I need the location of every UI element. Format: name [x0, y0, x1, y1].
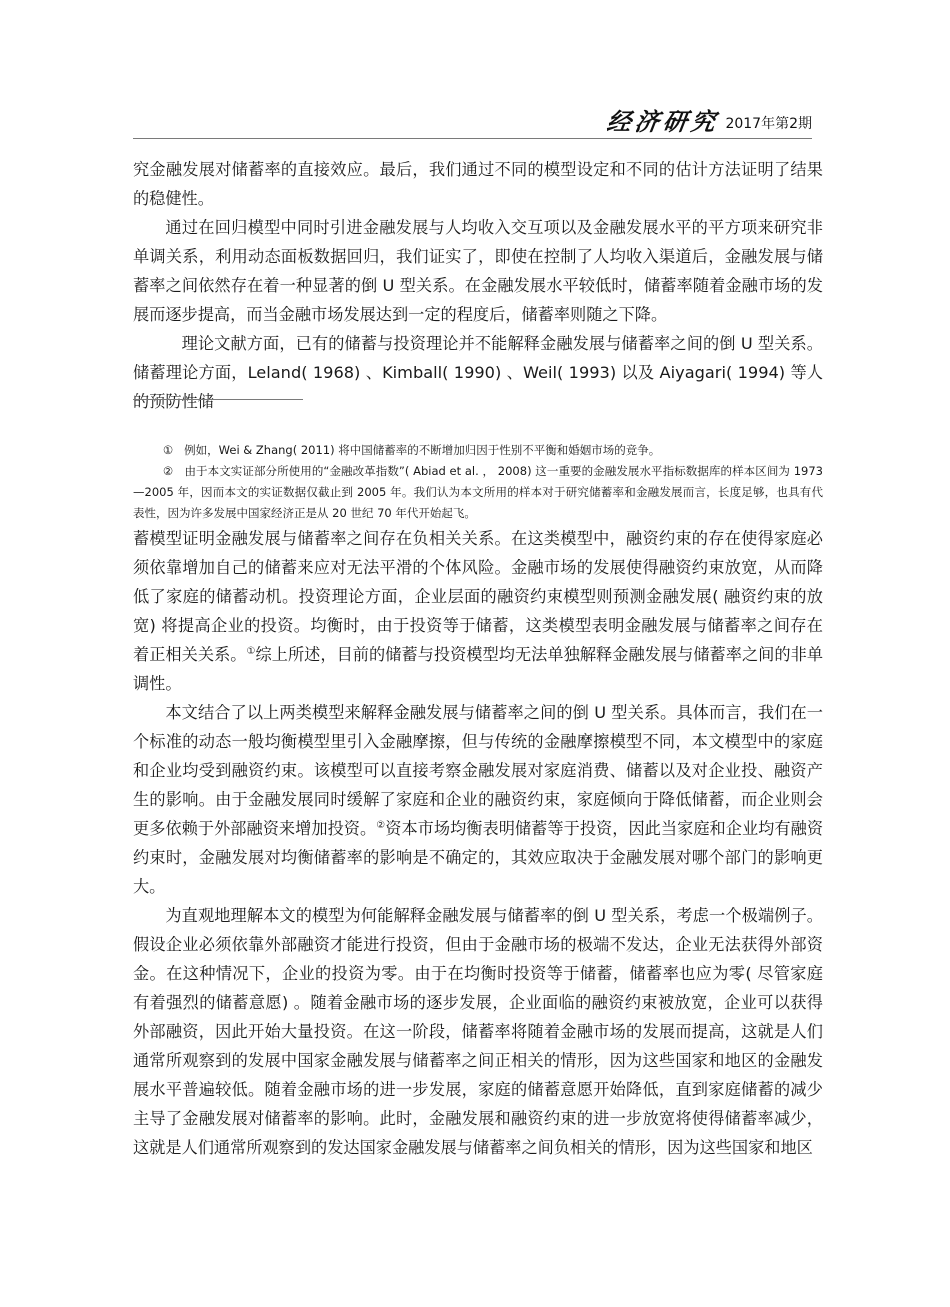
footnote-marker: ② — [163, 464, 173, 478]
paragraph-continuation: 究金融发展对储蓄率的直接效应。最后，我们通过不同的模型设定和不同的估计方法证明了… — [133, 155, 823, 213]
paragraph: 理论文献方面，已有的储蓄与投资理论并不能解释金融发展与储蓄率之间的倒 U 型关系… — [133, 329, 823, 416]
text-span: 本文结合了以上两类模型来解释金融发展与储蓄率之间的倒 U 型关系。具体而言，我们… — [133, 703, 823, 838]
journal-logo: 经济研究 — [606, 109, 722, 135]
paragraph-continuation: 蓄模型证明金融发展与储蓄率之间存在负相关关系。在这类模型中，融资约束的存在使得家… — [133, 524, 823, 698]
body-text-upper: 究金融发展对储蓄率的直接效应。最后，我们通过不同的模型设定和不同的估计方法证明了… — [133, 155, 823, 416]
footnote-text: 例如，Wei & Zhang( 2011) 将中国储蓄率的不断增加归因于性别不平… — [184, 443, 660, 457]
issue-label: 2017年第2期 — [725, 115, 812, 133]
paragraph: 本文结合了以上两类模型来解释金融发展与储蓄率之间的倒 U 型关系。具体而言，我们… — [133, 698, 823, 901]
footnotes: ① 例如，Wei & Zhang( 2011) 将中国储蓄率的不断增加归因于性别… — [133, 440, 823, 524]
text-span: 蓄模型证明金融发展与储蓄率之间存在负相关关系。在这类模型中，融资约束的存在使得家… — [133, 529, 823, 664]
running-header: 经济研究 2017年第2期 — [133, 108, 812, 139]
footnote-separator — [133, 399, 303, 400]
header-journal-info: 经济研究 2017年第2期 — [607, 109, 812, 135]
paragraph: 通过在回归模型中同时引进金融发展与人均收入交互项以及金融发展水平的平方项来研究非… — [133, 213, 823, 329]
footnote-text: 由于本文实证部分所使用的“金融改革指数”( Abiad et al. ， 200… — [133, 464, 823, 520]
footnote-marker: ① — [163, 443, 173, 457]
body-text-lower: 蓄模型证明金融发展与储蓄率之间存在负相关关系。在这类模型中，融资约束的存在使得家… — [133, 524, 823, 1162]
paragraph: 为直观地理解本文的模型为何能解释金融发展与储蓄率的倒 U 型关系，考虑一个极端例… — [133, 901, 823, 1162]
footnote-ref-1[interactable]: ① — [247, 646, 256, 657]
footnote-ref-2[interactable]: ② — [376, 820, 385, 831]
footnote-2: ② 由于本文实证部分所使用的“金融改革指数”( Abiad et al. ， 2… — [133, 461, 823, 524]
footnote-1: ① 例如，Wei & Zhang( 2011) 将中国储蓄率的不断增加归因于性别… — [133, 440, 823, 461]
